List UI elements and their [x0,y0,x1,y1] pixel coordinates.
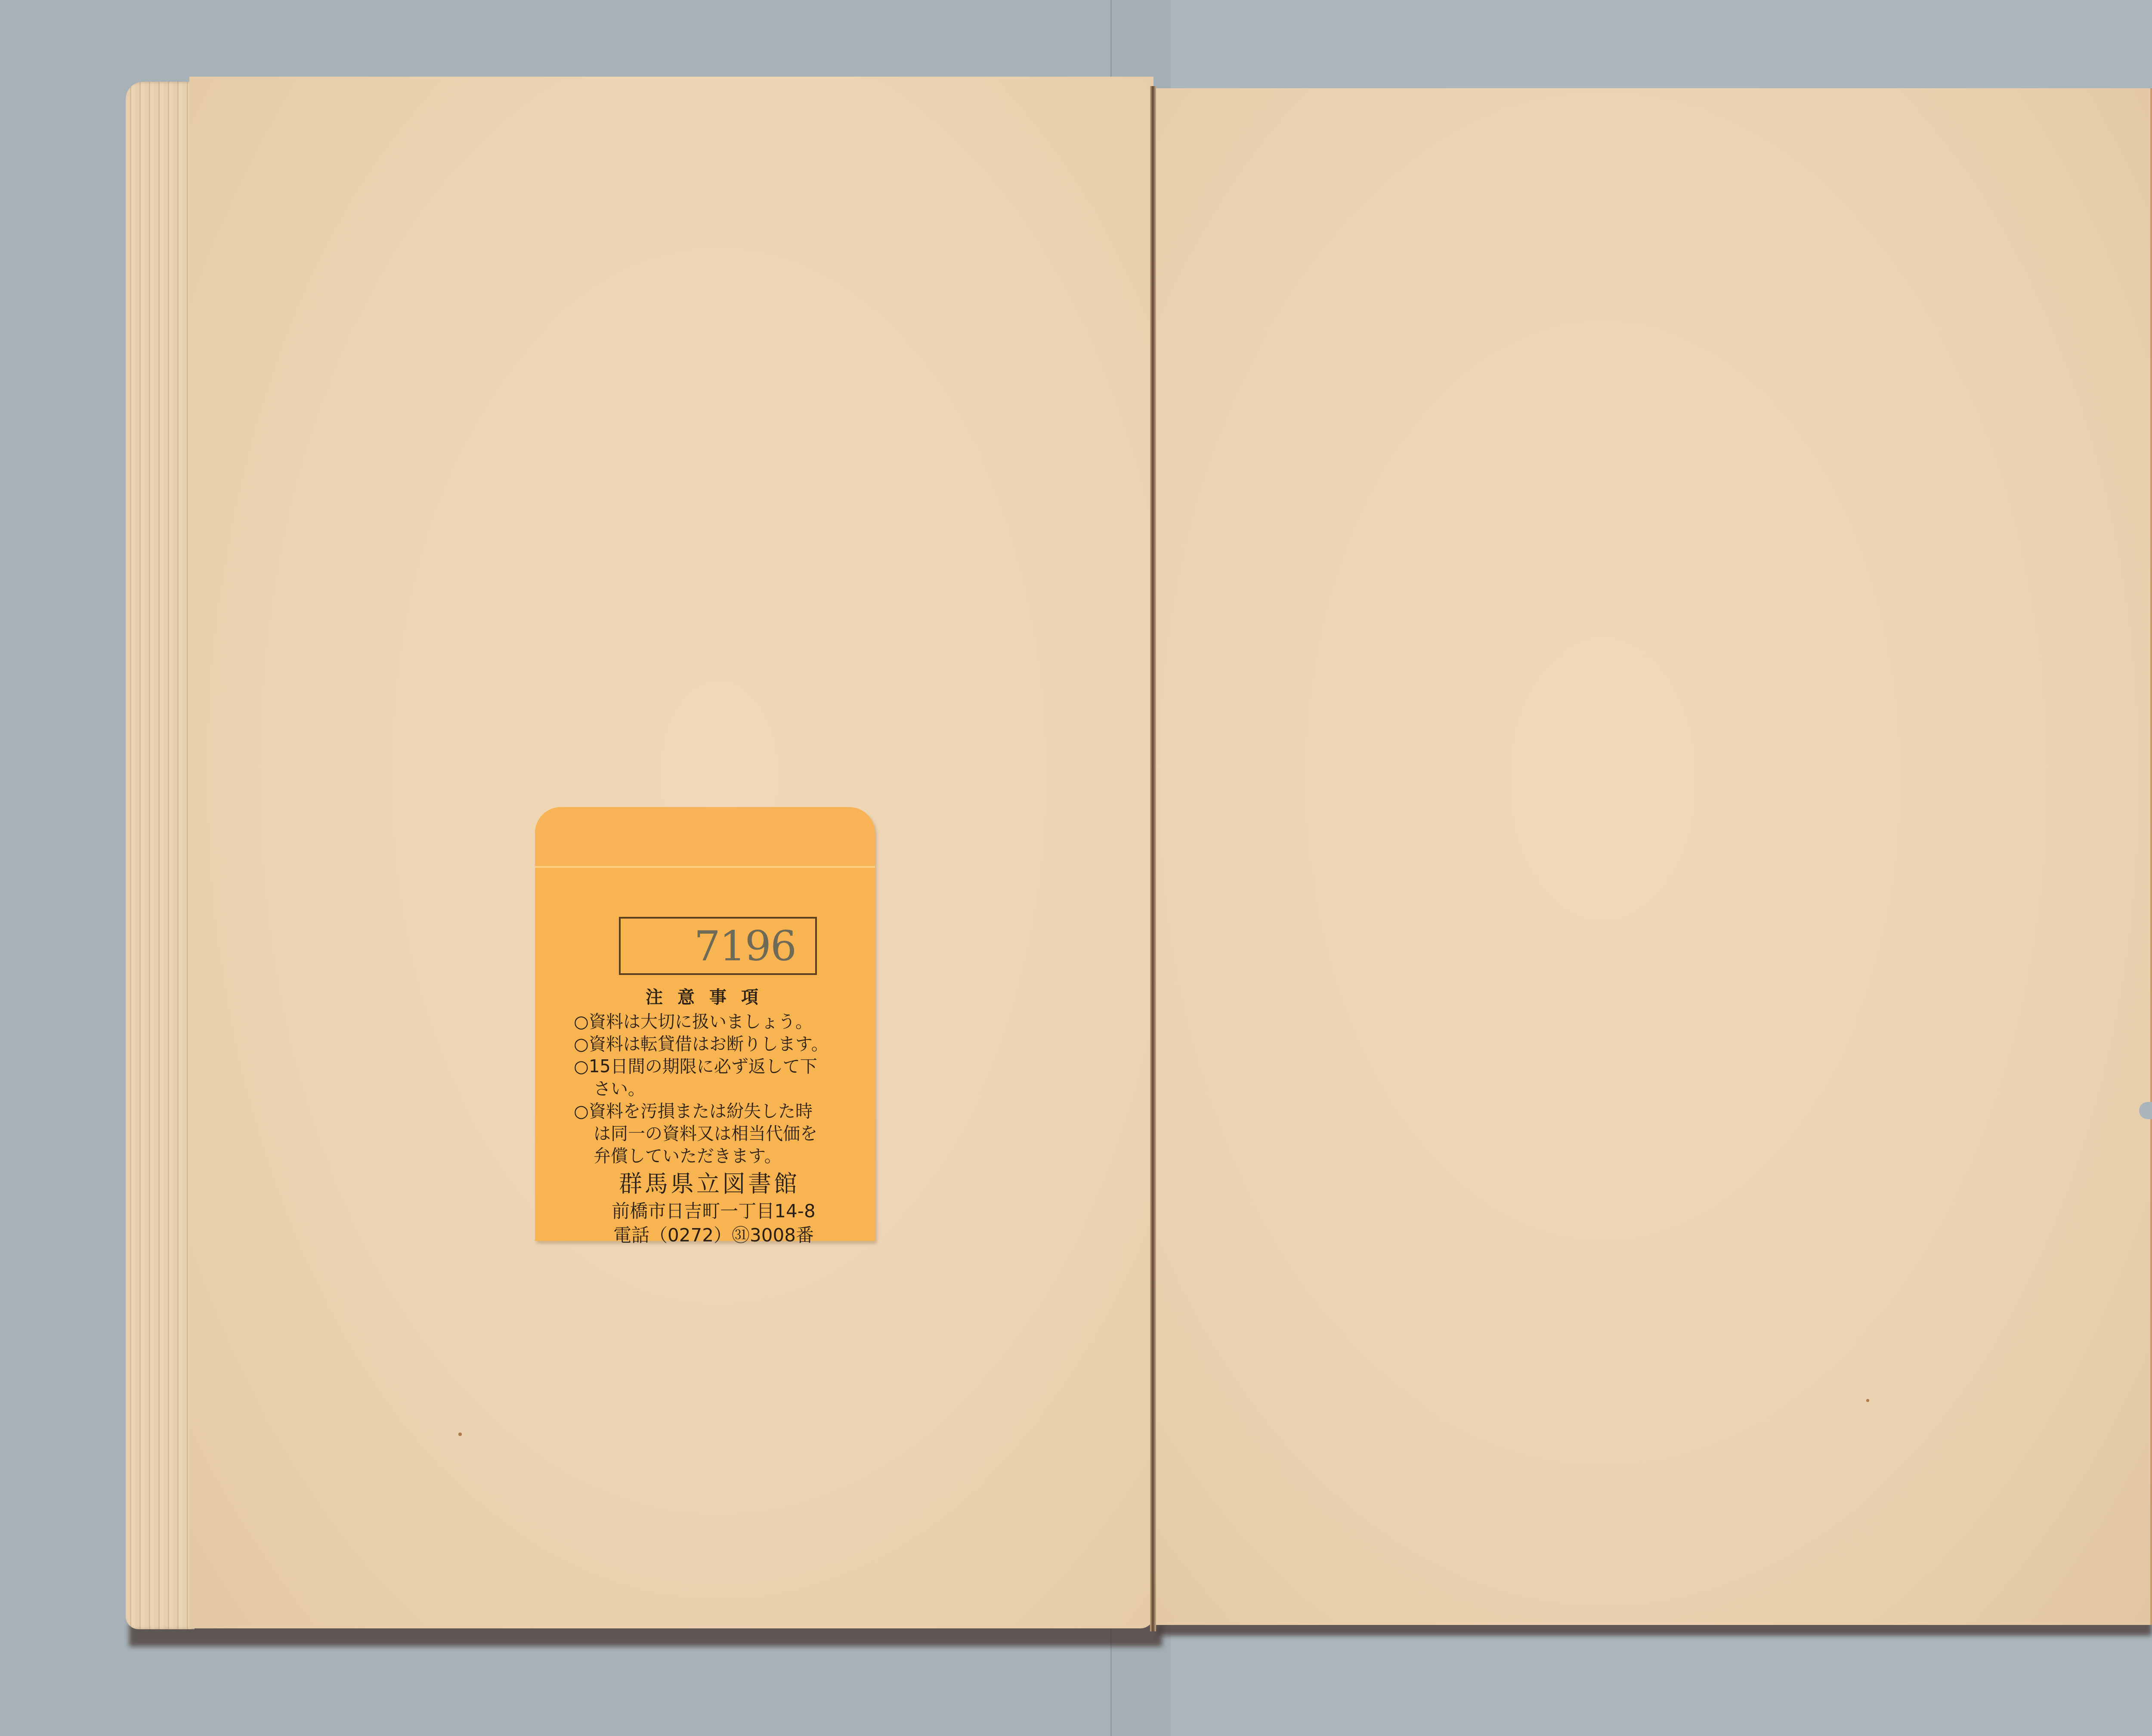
call-number-box: 7196 [619,917,817,975]
right-page [1156,88,2152,1625]
notice-line: は同一の資料又は相当代価を [574,1123,845,1145]
notice-block: 注意事項 ○資料は大切に扱いましょう。 ○資料は転貸借はお断りします。 ○15日… [574,984,845,1247]
notice-line: ○資料は大切に扱いましょう。 [574,1011,845,1033]
notice-line: さい。 [574,1078,845,1100]
notice-title: 注意事項 [574,984,845,1008]
library-card-pocket: 7196 注意事項 ○資料は大切に扱いましょう。 ○資料は転貸借はお断りします。… [535,807,875,1241]
library-phone: 電話（0272）㉛3008番 [574,1223,845,1247]
book-page-edges [126,82,195,1629]
paper-spot [1866,1399,1869,1402]
library-address: 前橋市日吉町一丁目14-8 [574,1199,845,1223]
book-gutter [1150,86,1156,1631]
notice-line: ○資料は転貸借はお断りします。 [574,1033,845,1055]
notice-line: ○15日間の期限に必ず返して下 [574,1055,845,1078]
notice-line: 弁償していただきます。 [574,1145,845,1167]
pocket-flap-crease [535,866,875,868]
library-name: 群馬県立図書館 [574,1169,845,1199]
paper-spot [458,1433,462,1436]
call-number: 7196 [694,922,796,970]
notice-line: ○資料を汚損または紛失した時 [574,1100,845,1123]
